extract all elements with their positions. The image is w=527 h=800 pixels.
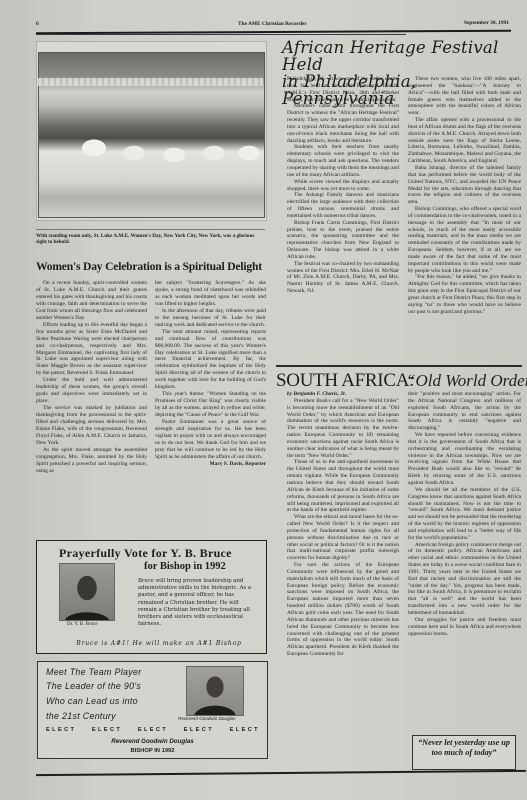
portrait-caption: Reverend Goodwin Douglas — [178, 716, 235, 721]
ad-line: Meet The Team Player — [46, 667, 141, 677]
paragraph: Those of us in the anti-apartheid moveme… — [287, 459, 399, 514]
south-africa-column-1: by Benjamin F. Chavis, Jr. President Bus… — [287, 391, 399, 658]
section-divider — [276, 365, 522, 367]
womens-day-column-2: her subject "Scattering Scavengers." As … — [155, 280, 266, 468]
ad-line: The Leader of the 90's — [46, 681, 141, 691]
paragraph: American foreign policy continues to mer… — [408, 542, 521, 617]
paragraph: In the afternoon of that day, tributes w… — [155, 308, 266, 329]
old-world-order-headline: “Old World Order” — [406, 371, 527, 391]
paragraph: We have reported before concerning evide… — [408, 432, 521, 487]
reporter-byline: Mary S. Davis, Reporter — [155, 461, 266, 468]
portrait-caption: Dr. Y. B. Bruce — [67, 622, 98, 627]
elect-word: ELECT — [46, 727, 76, 733]
paragraph: her subject "Scattering Scavengers." As … — [155, 280, 266, 308]
paragraph: Bishop Cummings, who offered a special w… — [408, 206, 521, 274]
paragraph: These two women, who live 100 miles apar… — [408, 76, 521, 117]
issue-date: September 30, 1991 — [464, 20, 509, 26]
author-byline: by Benjamin F. Chavis, Jr. — [287, 391, 399, 398]
pull-quote-box: “Never let yesterday use up too much of … — [412, 735, 516, 770]
paragraph: While scores viewed the displays and act… — [287, 179, 399, 193]
paragraph: Students with their teachers from nearby… — [287, 144, 399, 178]
paragraph: Efforts leading up to this eventful day … — [36, 322, 147, 378]
bruce-campaign-ad: Prayerfully Vote for Y. B. Bruce for Bis… — [36, 540, 267, 654]
paragraph: As the spirit moved amongst the assemble… — [36, 447, 147, 475]
footer-rule — [36, 770, 526, 776]
paragraph: Under the bold and well administered lea… — [36, 377, 147, 405]
paragraph: President Bush's call for a "New World O… — [287, 398, 399, 460]
paragraph: The total amount raised, representing re… — [155, 329, 266, 392]
paragraph: "For this reason," he added, "we give th… — [408, 274, 521, 315]
candidate-name: Reverend Goodwin Douglas — [38, 738, 267, 745]
paragraph: For sure the actions of the European Com… — [287, 562, 399, 658]
womens-day-photo — [38, 52, 265, 218]
elect-word: ELECT — [138, 727, 168, 733]
ad-title: Prayerfully Vote for Y. B. Bruce — [59, 546, 232, 561]
ad-line: Who can Lead us into — [46, 696, 138, 706]
douglas-campaign-ad: Meet The Team Player The Leader of the 9… — [37, 661, 268, 759]
paragraph: Bishop Frank Curtis Cummings, First Dist… — [287, 220, 399, 261]
publication-name: The AME Christian Recorder — [238, 21, 307, 27]
page-header: 6 The AME Christian Recorder September 3… — [36, 17, 509, 31]
paragraph: What are the ethical and moral bases for… — [287, 514, 399, 562]
womens-day-headline: Women's Day Celebration is a Spiritual D… — [36, 260, 268, 273]
photo-caption: With standing room only, St. Luke A.M.E.… — [36, 229, 265, 246]
paragraph: Philadelphia, PA—It was one of the stell… — [287, 76, 399, 103]
paragraph: Baba Ishangi, director of the talented f… — [408, 165, 521, 206]
newspaper-page: 6 The AME Christian Recorder September 3… — [0, 0, 527, 800]
ad-slogan: Bruce is A#1! He will make an A#1 Bishop — [59, 640, 259, 647]
elect-word: ELECT — [230, 727, 260, 733]
elect-row: ELECT ELECT ELECT ELECT ELECT — [46, 727, 260, 733]
paragraph: The festival was co-chaired by two outst… — [287, 261, 399, 295]
page-number: 6 — [36, 21, 39, 27]
douglas-portrait — [186, 666, 244, 716]
african-festival-column-1: Philadelphia, PA—It was one of the stell… — [287, 76, 399, 295]
paragraph: This year's theme: "Women Standing on th… — [155, 391, 266, 419]
paragraph: their "positive and most encouraging" ac… — [408, 391, 521, 432]
womens-day-column-1: On a recent Sunday, spirit-controlled wo… — [36, 280, 147, 475]
paragraph: Members came from throughout the First D… — [287, 103, 399, 144]
paragraph: We should let all the members of the U.S… — [408, 487, 521, 542]
elect-word: ELECT — [184, 727, 214, 733]
ad-line: the 21st Century — [46, 711, 116, 721]
paragraph: Our struggles for justice and freedom mu… — [408, 617, 521, 638]
ad-subtitle: for Bishop in 1992 — [144, 561, 226, 572]
paragraph: Pastor Emmanuel was a great source of st… — [155, 419, 266, 461]
paragraph: The affair opened with a processional to… — [408, 117, 521, 165]
paragraph: The Ashangi Family dancers and musicians… — [287, 192, 399, 219]
ad-body: Bruce will bring proven leadership and a… — [138, 578, 256, 628]
african-festival-column-2: These two women, who live 100 miles apar… — [408, 76, 521, 316]
elect-word: ELECT — [92, 727, 122, 733]
bruce-portrait — [59, 563, 115, 621]
headline-line: African Heritage Festival Held — [282, 39, 522, 73]
candidate-office: BISHOP IN 1992 — [38, 748, 267, 754]
header-rule-thin — [36, 34, 406, 35]
south-africa-headline: SOUTH AFRICA: — [276, 370, 414, 392]
paragraph: The service was marked by jubilation and… — [36, 405, 147, 447]
photo-balcony-detail — [38, 78, 263, 86]
south-africa-column-2: their "positive and most encouraging" ac… — [408, 391, 521, 637]
paragraph: On a recent Sunday, spirit-controlled wo… — [36, 280, 147, 322]
